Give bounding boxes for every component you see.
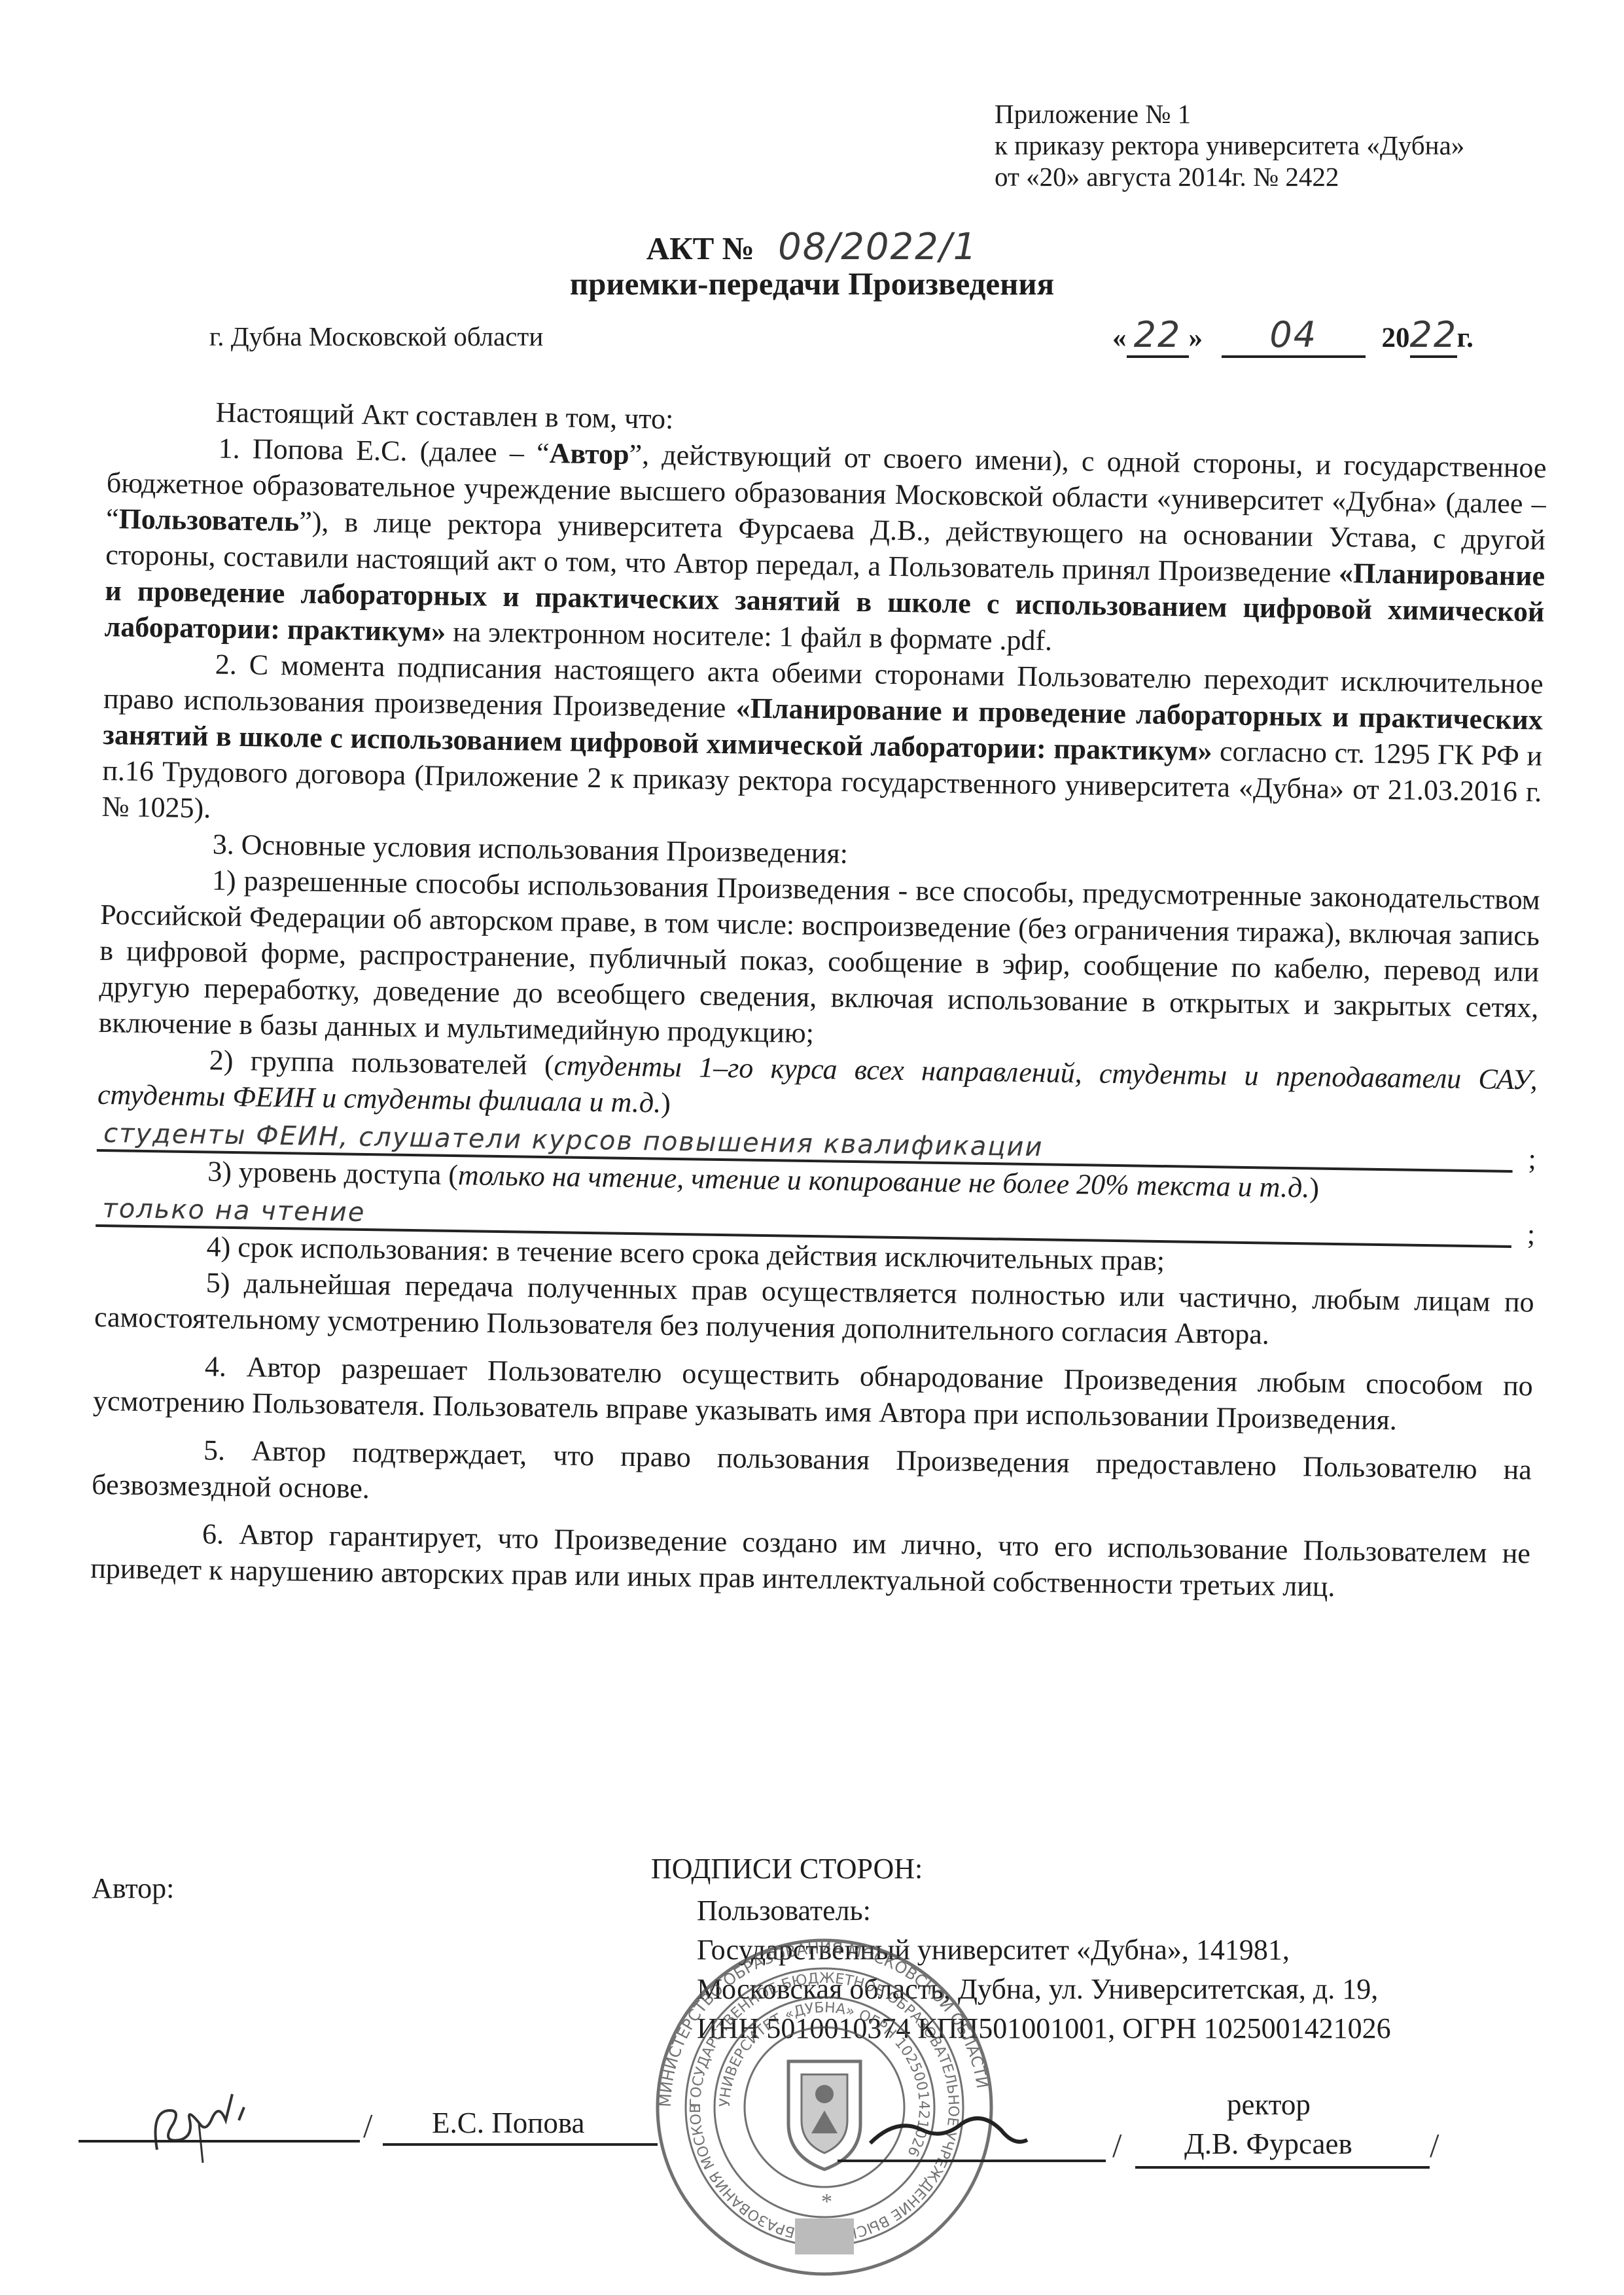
author-signature-line [79,2140,360,2143]
slash: / [1430,2127,1439,2165]
date-month: 04 [1222,314,1366,358]
author-label: Автор: [92,1872,174,1905]
act-label: АКТ № [646,230,754,266]
clause-1-text-a: 1. Попова Е.С. (далее – “ [218,433,550,470]
clause-2: 2. С момента подписания настоящего акта … [101,645,1544,846]
document-date: «22» 04 2022г. [1112,314,1474,358]
slash: / [363,2107,372,2146]
author-term: Автор [549,437,629,471]
svg-text:*: * [821,2190,832,2214]
date-quote-open: « [1112,323,1127,353]
date-quote-close: » [1189,323,1203,353]
rector-name: Д.В. Фурсаев [1184,2127,1352,2161]
rector-signature-line [838,2160,1106,2162]
slash: / [1112,2127,1121,2165]
document-title: АКТ № 08/2022/1 [0,226,1624,268]
clause-3-3-close: ) [1309,1171,1319,1203]
date-year-prefix: 20 [1382,323,1410,353]
author-name-line [383,2143,658,2146]
semicolon: ; [1528,1141,1536,1177]
document-page: Приложение № 1 к приказу ректора универс… [0,0,1624,2295]
date-year-suffix: 22 [1410,314,1457,358]
clause-3-1: 1) разрешенные способы использования Про… [98,861,1540,1062]
place: г. Дубна Московской области [209,321,543,352]
semicolon: ; [1527,1216,1536,1252]
appendix-line-3: от «20» августа 2014г. № 2422 [995,161,1464,192]
clause-1: 1. Попова Е.С. (далее – “Автор”, действу… [104,429,1547,666]
date-year-unit: г. [1457,323,1474,353]
appendix-line-1: Приложение № 1 [995,98,1464,130]
rector-position: ректор [1227,2088,1311,2122]
clause-3-2-label: 2) группа пользователей ( [209,1044,554,1081]
date-day: 22 [1127,314,1189,358]
appendix-line-2: к приказу ректора университета «Дубна» [995,130,1464,161]
document-body: Настоящий Акт составлен в том, что: 1. П… [90,393,1547,1607]
rector-signature-icon [864,2104,1060,2163]
author-name: Е.С. Попова [432,2106,584,2140]
author-signature-icon [131,2091,288,2176]
clause-3-3-label: 3) уровень доступа ( [207,1155,458,1191]
act-number-handwritten: 08/2022/1 [778,226,978,268]
user-term: Пользователь [118,503,299,537]
document-subtitle: приемки-передачи Произведения [0,265,1624,302]
signatures-heading: ПОДПИСИ СТОРОН: [651,1852,923,1885]
clause-1-text-c: ”), в лице ректора университета Фурсаева… [105,505,1545,589]
rector-name-line [1135,2166,1430,2169]
clause-3-2-close: ) [661,1087,671,1119]
user-label: Пользователь: [697,1891,1391,1930]
appendix-header: Приложение № 1 к приказу ректора универс… [995,98,1464,192]
access-level-handwritten: только на чтение [102,1191,366,1231]
